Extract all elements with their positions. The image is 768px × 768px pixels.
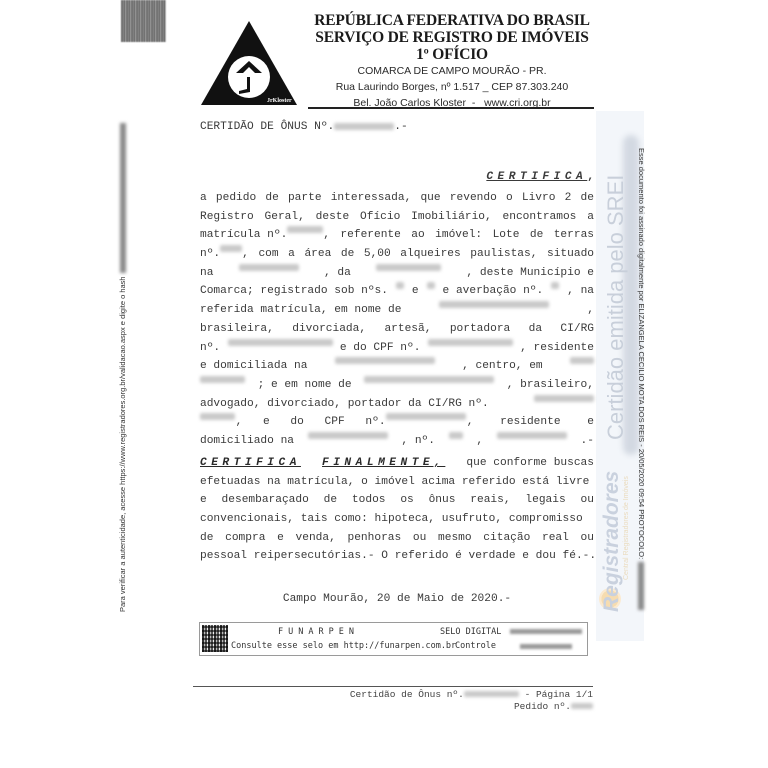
- text: , centro, em: [462, 357, 543, 376]
- redacted: [396, 282, 404, 289]
- certificate-number: CERTIDÃO DE ÔNUS Nº..-: [200, 121, 408, 133]
- word: de: [324, 491, 337, 510]
- certifica-word: CERTIFICA: [486, 171, 587, 183]
- text: ,: [587, 301, 594, 320]
- body-line: matrícula nº., referente ao imóvel: Lote…: [200, 226, 594, 245]
- word: Livro: [522, 189, 556, 208]
- final-line: convencionais, tais como: hipoteca, usuf…: [200, 510, 594, 529]
- body-line: Comarca; registrado sob nºs.ee averbação…: [200, 282, 594, 301]
- text: pessoal reipersecutórias.- O referido é …: [200, 547, 596, 566]
- word: citação: [483, 529, 530, 548]
- body-line: advogado, divorciado, portador da CI/RG …: [200, 395, 594, 414]
- redacted: [200, 413, 235, 420]
- certificate-suffix: .-: [394, 121, 407, 133]
- redacted: [335, 357, 435, 364]
- text: e do CPF nº.: [340, 339, 421, 358]
- redacted: [364, 376, 494, 383]
- redacted: [308, 432, 388, 439]
- footer-divider: [193, 686, 593, 687]
- final-certification: CERTIFICA FINALMENTE, que conforme busca…: [200, 454, 594, 566]
- redacted: [551, 282, 559, 289]
- word: todos: [352, 491, 386, 510]
- signature-note-text: Esse documento foi assinado digitalmente…: [637, 148, 646, 559]
- redacted: [428, 339, 513, 346]
- redacted: [220, 245, 242, 252]
- word: ou: [581, 529, 594, 548]
- text: , referente ao imóvel: Lote de terras: [323, 226, 594, 245]
- redacted: [464, 691, 519, 697]
- word: desembaraçado: [222, 491, 309, 510]
- text: , residente e: [467, 413, 594, 432]
- word: real: [542, 529, 569, 548]
- body-line: , e do CPF nº., residente e: [200, 413, 594, 432]
- authenticity-note-text: Para verificar a autenticidade, acesse h…: [118, 276, 127, 612]
- word: revendo: [450, 189, 497, 208]
- word: penhoras: [348, 529, 402, 548]
- word: compra: [225, 529, 265, 548]
- watermark-text: Certidão emitida pelo SREI: [603, 175, 629, 440]
- header-address: Rua Laurindo Borges, nº 1.517 _ CEP 87.3…: [308, 79, 596, 95]
- body-line: na, da, deste Município e: [200, 264, 594, 283]
- word: 2: [565, 189, 572, 208]
- word: reais,: [470, 491, 510, 510]
- issue-date: Campo Mourão, 20 de Maio de 2020.-: [200, 593, 594, 605]
- word: ônus: [429, 491, 456, 510]
- text: brasileira, divorciada, artesã, portador…: [200, 323, 594, 335]
- word: a: [200, 189, 207, 208]
- word: venda,: [296, 529, 336, 548]
- redacted: [571, 703, 593, 709]
- word: e: [200, 491, 207, 510]
- redacted: [239, 264, 299, 271]
- text: matrícula nº.: [200, 226, 287, 245]
- qr-code-icon[interactable]: [202, 625, 228, 652]
- word: ou: [581, 491, 594, 510]
- redacted: [449, 432, 463, 439]
- body-line: e domiciliada na, centro, em: [200, 357, 594, 376]
- word: interessada,: [331, 189, 412, 208]
- text: convencionais, tais como: hipoteca, usuf…: [200, 510, 583, 529]
- word: mesmo: [438, 529, 472, 548]
- body-line: domiciliado na, nº.,.-: [200, 432, 594, 451]
- word: e: [277, 529, 284, 548]
- body-line: ; e em nome de, brasileiro,: [200, 376, 594, 395]
- watermark-brand-sub: Central Registradores de Imóveis: [623, 476, 630, 580]
- text: nº.: [200, 245, 220, 264]
- word: deste: [316, 208, 350, 227]
- redacted-seal-code: [510, 629, 582, 634]
- text: referida matrícula, em nome de: [200, 301, 401, 320]
- redacted: [427, 282, 435, 289]
- text: ,: [476, 432, 483, 451]
- word: os: [400, 491, 413, 510]
- certificate-label: CERTIDÃO DE ÔNUS Nº.: [200, 121, 334, 133]
- redacted: [534, 395, 594, 402]
- word: pedido: [216, 189, 256, 208]
- text: e averbação nº.: [443, 282, 544, 301]
- redacted: [228, 339, 333, 346]
- authenticity-note: Para verificar a autenticidade, acesse h…: [118, 123, 127, 612]
- footer-certificate: Certidão de Ônus nº. - Página 1/1: [350, 689, 593, 700]
- certifica-word: CERTIFICA: [200, 454, 301, 473]
- body-line: brasileira, divorciada, artesã, portador…: [200, 320, 594, 339]
- header-country: REPÚBLICA FEDERATIVA DO BRASIL: [308, 12, 596, 29]
- page-indicator: - Página 1/1: [519, 689, 593, 700]
- final-line: CERTIFICA FINALMENTE, que conforme busca…: [200, 454, 594, 473]
- redacted: [200, 376, 245, 383]
- final-line: decompraevenda,penhorasoumesmocitaçãorea…: [200, 529, 594, 548]
- body-line: referida matrícula, em nome de,: [200, 301, 594, 320]
- registry-header: REPÚBLICA FEDERATIVA DO BRASIL SERVIÇO D…: [308, 12, 596, 111]
- redacted: [439, 301, 549, 308]
- text: ; e em nome de: [258, 376, 352, 395]
- word: Registro: [200, 208, 254, 227]
- text: na: [200, 264, 213, 283]
- word: de: [265, 189, 278, 208]
- text: , e do CPF nº.: [236, 413, 386, 432]
- word: ou: [413, 529, 426, 548]
- word: a: [587, 208, 594, 227]
- certifica-heading: CERTIFICA,: [200, 171, 594, 183]
- text: , nº.: [401, 432, 435, 451]
- certifica-comma: ,: [587, 171, 594, 183]
- redacted: [570, 357, 594, 364]
- header-service: SERVIÇO DE REGISTRO DE IMÓVEIS: [308, 29, 596, 46]
- barcode-icon: [121, 0, 166, 42]
- final-line: efetuadas na matrícula, o imóvel acima r…: [200, 473, 594, 492]
- body-line: apedidodeparteinteressada,querevendooLiv…: [200, 189, 594, 208]
- word: encontramos: [503, 208, 577, 227]
- digital-seal: FUNARPEN SELO DIGITAL Consulte esse selo…: [199, 622, 588, 656]
- logo-signature: JrKloster: [267, 98, 292, 104]
- text: nº.: [200, 339, 220, 358]
- text: .-: [581, 432, 594, 451]
- text: , da: [324, 264, 351, 283]
- redacted: [287, 226, 323, 233]
- body-line: nº., com a área de 5,00 alqueires paulis…: [200, 245, 594, 264]
- text: que conforme buscas: [466, 454, 594, 473]
- watermark-brand: Registradores: [600, 471, 624, 612]
- word: de: [200, 529, 213, 548]
- redacted-protocol: [638, 562, 644, 610]
- text: , brasileiro,: [507, 376, 594, 395]
- certificate-body: apedidodeparteinteressada,querevendooLiv…: [200, 189, 594, 451]
- final-line: pessoal reipersecutórias.- O referido é …: [200, 547, 594, 566]
- text: , residente: [520, 339, 594, 358]
- word: o: [506, 189, 513, 208]
- seal-consult-link[interactable]: Consulte esse selo em http://funarpen.co…: [231, 641, 456, 651]
- text: , deste Município e: [466, 264, 594, 283]
- word: legais: [525, 491, 565, 510]
- word: Geral,: [265, 208, 305, 227]
- text: domiciliado na: [200, 432, 294, 451]
- text: e: [412, 282, 419, 301]
- header-office: 1º OFÍCIO: [308, 46, 596, 63]
- word: parte: [288, 189, 322, 208]
- header-divider: [308, 107, 594, 109]
- redacted-hash: [120, 123, 126, 273]
- redacted-number: [334, 123, 394, 130]
- footer-order-label: Pedido nº.: [514, 701, 571, 712]
- text: advogado, divorciado, portador da CI/RG …: [200, 395, 489, 414]
- seal-control-label: Controle: [455, 641, 496, 651]
- seal-org: FUNARPEN: [278, 627, 359, 637]
- word: de: [581, 189, 594, 208]
- footer-label: Certidão de Ônus nº.: [350, 689, 464, 700]
- footer-order: Pedido nº.: [514, 701, 593, 712]
- text: , na: [567, 282, 594, 301]
- redacted: [497, 432, 567, 439]
- finalmente-word: FINALMENTE,: [322, 454, 445, 473]
- redacted-control-code: [520, 644, 572, 649]
- text: efetuadas na matrícula, o imóvel acima r…: [200, 473, 589, 492]
- final-line: edesembaraçadodetodososônusreais,legaiso…: [200, 491, 594, 510]
- triangle-arrow-logo-icon: JrKloster: [199, 19, 299, 107]
- text: Comarca; registrado sob nºs.: [200, 282, 388, 301]
- header-comarca: COMARCA DE CAMPO MOURÃO - PR.: [308, 63, 596, 79]
- text: , com a área de 5,00 alqueires paulistas…: [242, 245, 594, 264]
- word: que: [420, 189, 440, 208]
- redacted: [386, 413, 466, 420]
- word: Imobiliário,: [411, 208, 492, 227]
- text: e domiciliada na: [200, 357, 307, 376]
- redacted: [376, 264, 441, 271]
- body-line: nº.e do CPF nº., residente: [200, 339, 594, 358]
- signature-note: Esse documento foi assinado digitalmente…: [637, 148, 646, 610]
- word: Ofício: [360, 208, 400, 227]
- body-line: RegistroGeral,desteOfícioImobiliário,enc…: [200, 208, 594, 227]
- seal-label: SELO DIGITAL: [440, 627, 501, 637]
